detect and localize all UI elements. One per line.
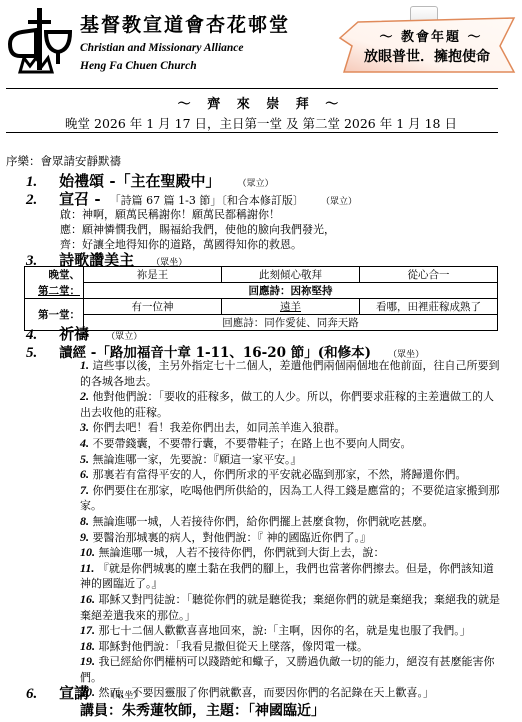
response-hymn: 回應詩：同作愛徒、同奔天路	[84, 315, 498, 331]
church-name-zh: 基督教宣道會杏花邨堂	[80, 10, 290, 37]
posture-note: （眾立）	[321, 197, 357, 207]
service-label: 第二堂：	[25, 283, 84, 299]
response-lead: 啟：神啊，願萬民稱謝你！願萬民都稱謝你！	[60, 206, 280, 222]
service-date: 晚堂 2026 年 1 月 17 日，主日第一堂 及 第二堂 2026 年 1 …	[0, 114, 522, 132]
verse: 16. 耶穌又對門徒說：「聽從你們的就是聽從我；棄絕你們的就是棄絕我；棄絕我的就…	[80, 592, 500, 623]
verse: 1. 這些事以後，主另外指定七十二個人，差遣他們兩個兩個地在他前面，往自己所要到…	[80, 358, 500, 389]
verse: 9. 要醫治那城裏的病人，對他們說：『 神的國臨近你們了。』	[80, 530, 500, 546]
church-name-en-line1: Christian and Missionary Alliance	[80, 42, 244, 54]
verse: 2. 他對他們說：「要收的莊稼多，做工的人少。所以，你們要求莊稼的主差遣做工的人…	[80, 389, 500, 420]
verse: 20. 然而，不要因靈服了你們就歡喜，而要因你們的名記錄在天上歡喜。」	[80, 685, 500, 701]
hymn: 有一位神	[84, 299, 222, 315]
prelude: 序樂：會眾請安靜默禱	[6, 153, 121, 169]
hymn-table: 晚堂、 祢是王 此刻傾心敬拜 從心合一 第二堂： 回應詩：因祢堅持 第一堂： 有…	[24, 266, 498, 331]
service-label: 晚堂、	[25, 267, 84, 283]
hymn: 從心合一	[360, 267, 498, 283]
verse: 17. 那七十二個人歡歡喜喜地回來，說:「主啊，因你的名，就是鬼也服了我們。」	[80, 623, 500, 639]
verse: 3. 你們去吧！看！我差你們出去，如同羔羊進入狼群。	[80, 420, 500, 436]
verse: 11. 『就是你們城裏的塵土黏在我們的腳上，我們也當著你們擦去。但是，你們該知道…	[80, 561, 500, 592]
verse: 5. 無論進哪一家，先要說：『願這一家平安。』	[80, 452, 500, 468]
bulletin-header: 基督教宣道會杏花邨堂 Christian and Missionary Alli…	[0, 0, 522, 80]
verse: 8. 無論進哪一城，人若接待你們，給你們擺上甚麼食物，你們就吃甚麼。	[80, 514, 500, 530]
sermon-preacher: 講員：朱秀蓮牧師，主題：「神國臨近」	[80, 700, 325, 720]
hymn: 此刻傾心敬拜	[222, 267, 360, 283]
hymn: 祢是王	[84, 267, 222, 283]
verse: 19. 我已經給你們權柄可以踐踏蛇和蠍子，又勝過仇敵一切的能力，絕沒有甚麼能害你…	[80, 654, 500, 685]
divider	[6, 132, 498, 133]
verse: 6. 那裏若有當得平安的人，你們所求的平安就必臨到那家，不然，將歸還你們。	[80, 467, 500, 483]
hymn: 看哪，田裡莊稼成熟了	[360, 299, 498, 315]
verse: 7. 你們要住在那家，吃喝他們所供給的，因為工人得工錢是應當的；不要從這家搬到那…	[80, 483, 500, 514]
hymn: 遠羊	[222, 299, 360, 315]
banner-title: 〜 教會年題 〜	[366, 26, 496, 45]
church-name-en-line2: Heng Fa Chuen Church	[80, 60, 197, 72]
verse: 4. 不要帶錢囊，不要帶行囊，不要帶鞋子；在路上也不要向人問安。	[80, 436, 500, 452]
verse: 18. 耶穌對他們說：「我看見撒但從天上墜落，像閃電一樣。	[80, 639, 500, 655]
response-congregation: 應：願神憐憫我們，賜福給我們，使他的臉向我們發光，	[60, 221, 335, 237]
verse: 10. 無論進哪一城，人若不接待你們，你們就到大街上去，說：	[80, 545, 500, 561]
scripture-passage: 1. 這些事以後，主另外指定七十二個人，差遣他們兩個兩個地在他前面，往自己所要到…	[80, 358, 500, 701]
cma-logo-icon	[6, 6, 76, 76]
divider	[6, 88, 498, 89]
banner-motto: 放眼普世．擁抱使命	[344, 46, 510, 66]
theme-banner: 〜 教會年題 〜 放眼普世．擁抱使命	[338, 2, 522, 80]
response-hymn: 回應詩：因祢堅持	[84, 283, 498, 299]
service-title: 〜 齊 來 崇 拜 〜	[0, 93, 522, 112]
